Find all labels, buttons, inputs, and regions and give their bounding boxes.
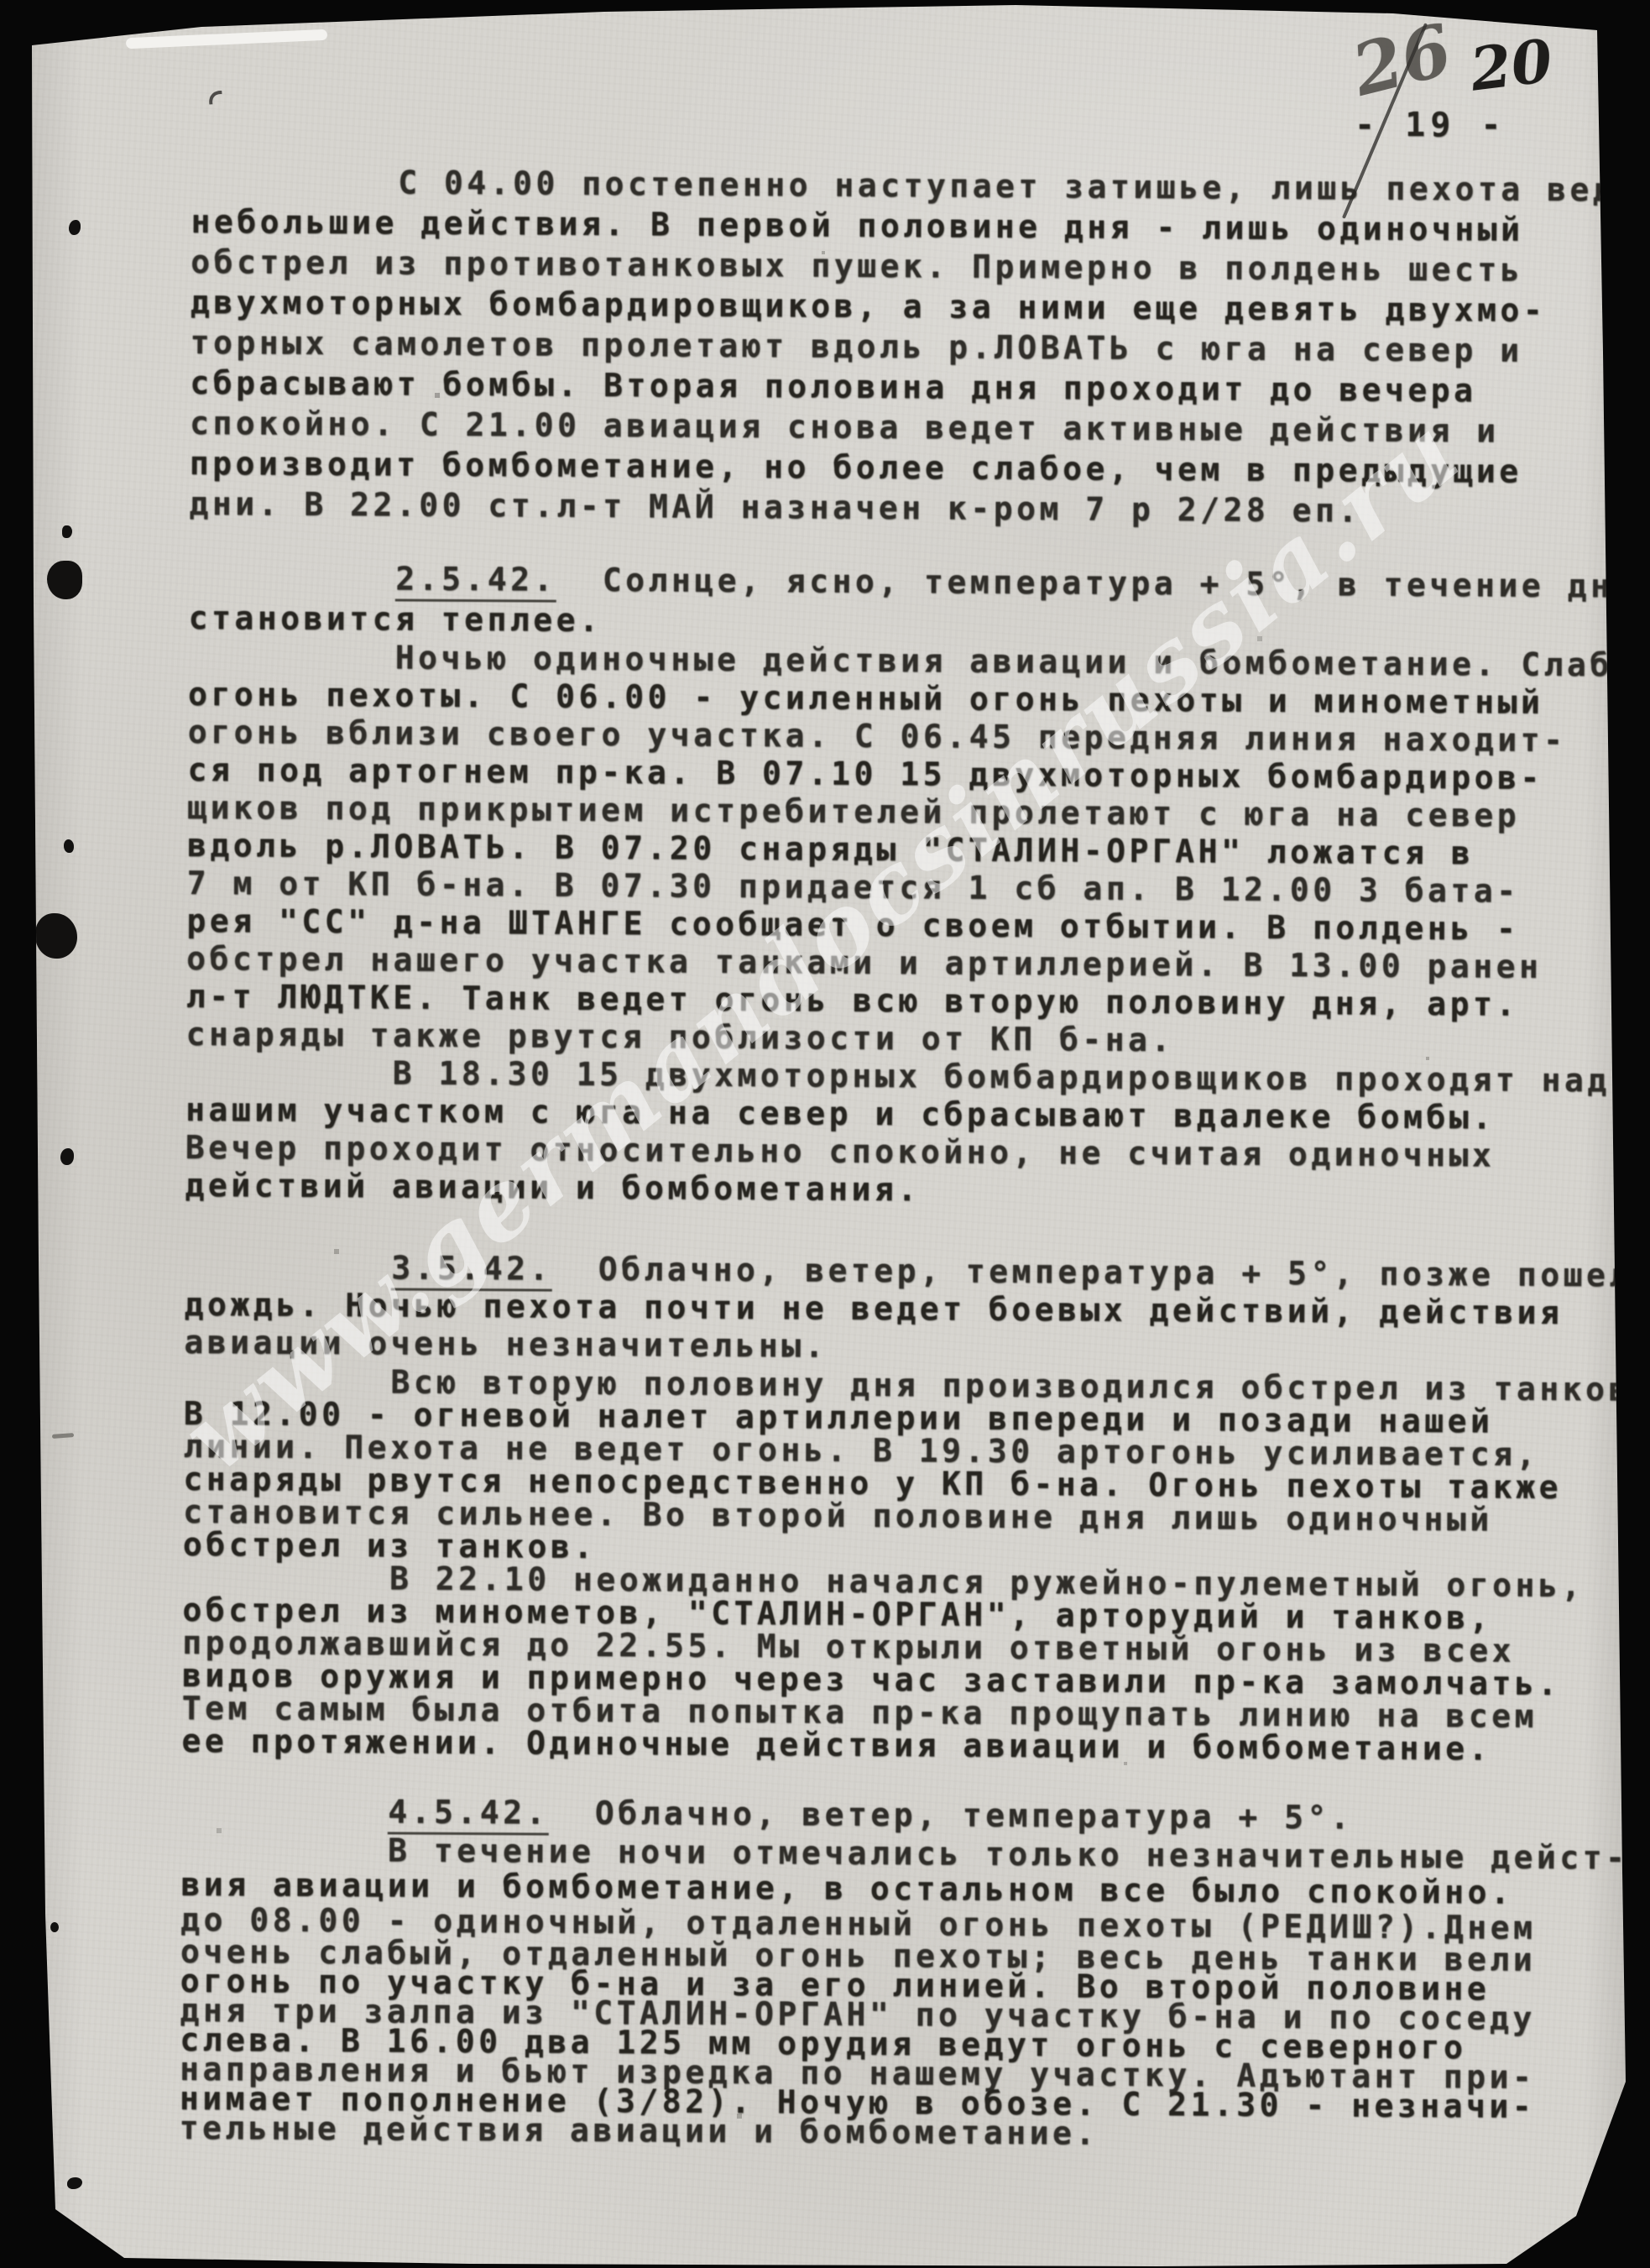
diary-entry: 2.5.42. Солнце, ясно, температура + 5°, … (189, 557, 1627, 646)
punch-hole (60, 1148, 74, 1165)
paragraph: В 22.10 неожиданно начался ружейно-пулем… (181, 1561, 1619, 1766)
text-line: становится сильнее. Во второй половине д… (183, 1496, 1620, 1537)
entry-heading-line: 4.5.42. Облачно, ветер, температура + 5°… (181, 1793, 1618, 1837)
punch-hole (67, 2177, 82, 2189)
entry-date: 4.5.42. (388, 1793, 549, 1835)
handwritten-page-number-old: 26 (1345, 8, 1459, 112)
paragraph: очень слабый, отдаленный огонь пехоты; в… (180, 1937, 1617, 2151)
text-line: В 22.10 неожиданно начался ружейно-пулем… (183, 1561, 1620, 1602)
text-line: дни. В 22.00 ст.л-т МАЙ назначен к-ром 7… (189, 483, 1626, 532)
punch-hole (64, 839, 74, 853)
paragraph: В течение ночи отмечались только незначи… (180, 1832, 1618, 1946)
scanned-page: 26 20 - 19 - С 04.00 постепенно наступае… (0, 0, 1650, 2268)
entry-heading-line: 3.5.42. Облачно, ветер, температура + 5°… (185, 1248, 1621, 1294)
pencil-dash (52, 1433, 74, 1439)
handwritten-page-number: 20 (1466, 25, 1556, 104)
paragraph: С 04.00 постепенно наступает затишье, ли… (189, 161, 1628, 532)
text-line: направления и бьют изредка по нашему уча… (180, 2055, 1616, 2093)
entry-date: 3.5.42. (391, 1249, 552, 1291)
punch-hole (50, 1922, 59, 1932)
paragraph: В 18.30 15 двухмоторных бомбардировщиков… (185, 1053, 1622, 1213)
paragraph: Всю вторую половину дня производился обс… (183, 1365, 1621, 1570)
text-line: дня три залпа из "СТАЛИН-ОРГАН" по участ… (180, 1996, 1616, 2034)
punch-hole (69, 220, 81, 235)
punch-hole (47, 561, 82, 599)
paper-edge-highlight (126, 29, 327, 49)
punch-hole (62, 525, 72, 538)
paper-specks (0, 0, 2, 2)
diary-entry: 3.5.42. Облачно, ветер, температура + 5°… (184, 1248, 1621, 1370)
diary-entry: 4.5.42. Облачно, ветер, температура + 5°… (181, 1793, 1618, 1837)
ink-scratch (202, 84, 253, 133)
text-line: Тем самым была отбита попытка пр-ка прощ… (182, 1692, 1619, 1733)
scan-background: { "colors":{ "paper":"#d7d5d0", "ink":"#… (0, 0, 1650, 2268)
entry-heading-line: 2.5.42. Солнце, ясно, температура + 5°, … (189, 557, 1626, 606)
entry-date: 2.5.42. (395, 560, 556, 602)
paragraph: Ночью одиночные действия авиации и бомбо… (186, 638, 1626, 1062)
text-body: С 04.00 постепенно наступает затишье, ли… (180, 161, 1628, 2151)
text-line: Всю вторую половину дня производился обс… (184, 1365, 1621, 1406)
text-line: очень слабый, отдаленный огонь пехоты; в… (180, 1937, 1617, 1975)
text-line: продолжавшийся до 22.55. Мы открыли отве… (182, 1627, 1619, 1668)
text-line: линии. Пехота не ведет огонь. В 19.30 ар… (184, 1430, 1621, 1471)
punch-hole (35, 913, 77, 959)
